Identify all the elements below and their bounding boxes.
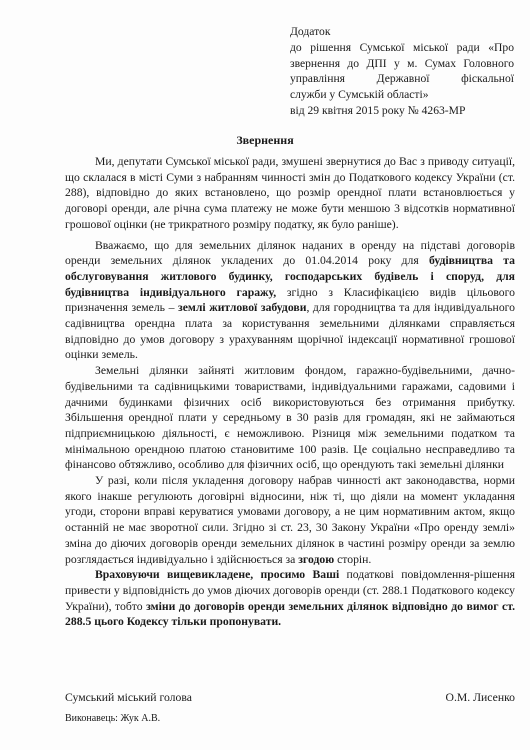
addendum-line: Додаток <box>290 24 514 40</box>
paragraph-5: Враховуючи вищевикладене, просимо Ваші п… <box>65 567 515 630</box>
addendum-header: Додаток до рішення Сумської міської ради… <box>290 24 514 119</box>
addendum-line: до рішення Сумської міської ради «Про <box>290 40 514 56</box>
bold-text: Враховуючи вищевикладене, просимо Ваші <box>95 568 339 581</box>
document-page: Додаток до рішення Сумської міської ради… <box>0 0 530 750</box>
document-body: Ми, депутати Сумської міської ради, змуш… <box>65 154 515 630</box>
document-title: Звернення <box>0 133 530 148</box>
signatory-position: Сумський міський голова <box>65 691 192 704</box>
bold-text: землі житлової забудови <box>178 301 306 314</box>
paragraph-1: Ми, депутати Сумської міської ради, змуш… <box>65 154 515 233</box>
addendum-line: звернення до ДПІ у м. Сумах Головного <box>290 56 514 72</box>
text: сторін. <box>334 553 371 566</box>
text: У разі, коли після укладення договору на… <box>65 474 515 566</box>
paragraph-3: Земельні ділянки зайняті житловим фондом… <box>65 363 515 473</box>
bold-text: згодою <box>298 553 334 566</box>
addendum-line: від 29 квітня 2015 року № 4263-МР <box>290 103 514 119</box>
executor-line: Виконавець: Жук А.В. <box>65 713 160 724</box>
paragraph-4: У разі, коли після укладення договору на… <box>65 473 515 567</box>
signatory-name: О.М. Лисенко <box>446 691 515 704</box>
paragraph-2: Вважаємо, що для земельних ділянок надан… <box>65 238 515 364</box>
addendum-line: служби у Сумській області» <box>290 87 514 103</box>
signature-block: Сумський міський голова О.М. Лисенко <box>65 691 515 704</box>
addendum-line: управління Державної фіскальної <box>290 71 514 87</box>
